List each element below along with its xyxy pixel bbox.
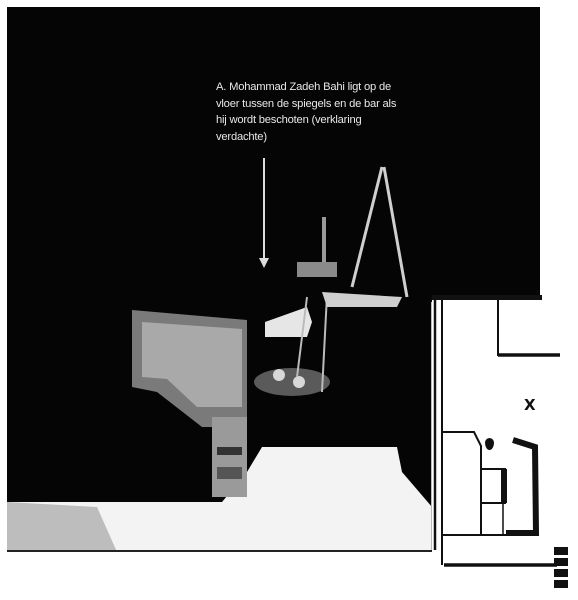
photo-caption: A. Mohammad Zadeh Bahi ligt op de vloer … (216, 79, 406, 145)
floor-plan-x-marker: X (524, 398, 536, 413)
hatched-scale-bar-icon (554, 547, 568, 591)
photo-top-extension (490, 7, 540, 295)
pointer-arrow-shaft (263, 158, 265, 260)
pointer-arrow-down-icon (259, 258, 269, 268)
photo-bottom-edge (7, 550, 432, 552)
